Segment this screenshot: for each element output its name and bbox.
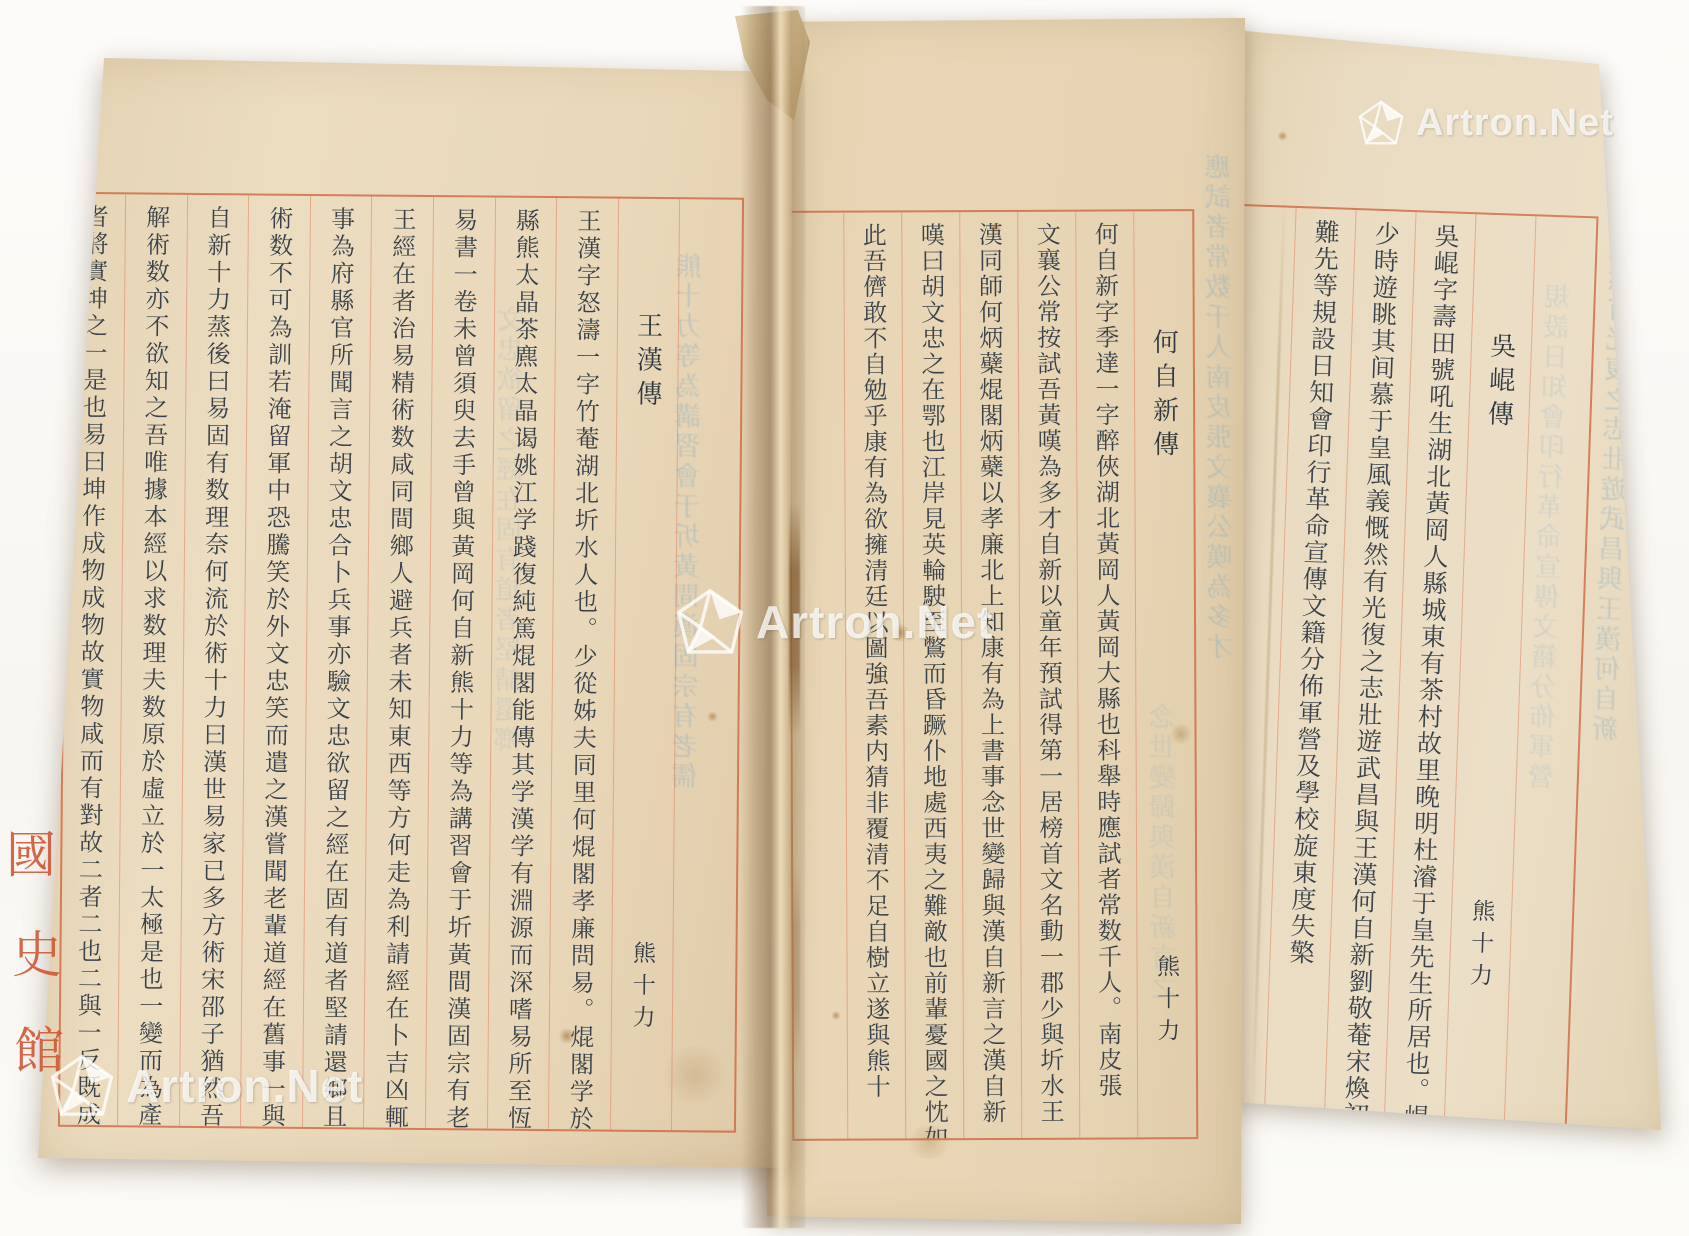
title-column: 王漢傳 熊十力 [611, 199, 681, 1131]
text-column: 嘆曰胡文忠之在鄂也江岸見英輪駛至鷩而昏蹶仆地處西夷之難敵也前輩憂國之忱如 [902, 212, 964, 1138]
paper-sheet: 熊十力等為講習會于圻黃間漢固宗有老儒 文忠欲留之經在固有道者堅請還鄉 王漢傳 熊… [30, 50, 796, 1175]
manuscript-page-wang-han: 熊十力等為講習會于圻黃間漢固宗有老儒 文忠欲留之經在固有道者堅請還鄉 王漢傳 熊… [30, 50, 796, 1175]
text-column: 術数不可為訓若淹留軍中恐騰笑於外文忠笑而遣之漢嘗聞老輩道經在舊事一與 [241, 195, 311, 1127]
text-column: 事為府縣官所聞言之胡文忠合卜兵事亦驗文忠欲留之經在固有道者堅請還鄉且曰 [303, 196, 373, 1128]
manuscript-page-wu-kun: 慨然有光復之志壯遊武昌與王漢何自新 規設日知會印行革命宣傳文籍分佈軍營 吳崐傳 … [1203, 22, 1673, 1147]
text-column: 何自新字季達一字醉俠湖北黃岡人黃岡大縣也科舉時應試者常数千人。南皮張 [1076, 211, 1138, 1137]
title-column: 何自新傳 熊十力 [1134, 211, 1196, 1137]
paper-sheet: 應試者常数千人南皮張文襄公嘆為多才 念世變歸與漢自新言之 何自新傳 熊十力 何自… [755, 14, 1250, 1229]
archive-stamp-char: 國 [6, 830, 56, 880]
text-column: 王漢字怒濤一字竹菴湖北圻水人也。少從姊夫同里何焜閣孝廉問易。焜閣学於同 [549, 198, 619, 1130]
text-column: 漢同師何炳蘗焜閣炳蘗以孝廉北上知康有為上書事念世變歸與漢自新言之漢自新 [960, 212, 1022, 1138]
ruled-frame: 吳崐傳 熊十力 吳崐字壽田號吼生湖北黃岡人縣城東有茶村故里晚明杜濬于皇先生所居也… [1207, 204, 1599, 1126]
author-signature: 熊十力 [1462, 898, 1498, 995]
text-column: 易書一卷未曾須臾去手曾與黃岡何自新熊十力等為講習會于圻黃間漢固宗有老儒 [426, 197, 496, 1129]
bleedthrough-column: 慨然有光復之志壯遊武昌與王漢何自新 [1588, 235, 1643, 746]
text-column: 自新十力蒸後曰易固有数理奈何流於術十力曰漢世易家已多方術宋邵子猶然吾不 [180, 195, 250, 1127]
text-column: 王經在者治易精術数咸同間鄉人避兵者未知東西等方何走為利請經在卜吉凶輒驗 [364, 196, 434, 1128]
manuscript-page-he-zixin: 應試者常数千人南皮張文襄公嘆為多才 念世變歸與漢自新言之 何自新傳 熊十力 何自… [755, 14, 1250, 1229]
manuscript-photograph: 慨然有光復之志壯遊武昌與王漢何自新 規設日知會印行革命宣傳文籍分佈軍營 吳崐傳 … [0, 0, 1689, 1236]
text-column: 者將實坤之一是也易曰坤作成物成物故實物咸而有對故二者二也二與一反既成乎 [56, 194, 126, 1126]
text-column: 縣熊太晶茶麃太晶谒姚江学踐復純篤焜閣能傳其学漢学有淵源而深嗜易所至恆持 [488, 198, 558, 1130]
paper-sheet: 慨然有光復之志壯遊武昌與王漢何自新 規設日知會印行革命宣傳文籍分佈軍營 吳崐傳 … [1203, 22, 1673, 1147]
author-signature: 熊十力 [1150, 954, 1183, 1050]
ruled-frame: 何自新傳 熊十力 何自新字季達一字醉俠湖北黃岡人黃岡大縣也科舉時應試者常数千人。… [788, 209, 1198, 1141]
archive-stamp-char: 史 [12, 930, 62, 980]
margin-column [672, 199, 742, 1131]
bleedthrough-column: 應試者常数千人南皮張文襄公嘆為多才 [1201, 153, 1240, 663]
author-signature: 熊十力 [625, 941, 659, 1037]
text-column: 文襄公常按試吾黃嘆為多才自新以童年預試得第一居榜首文名動一郡少與圻水王 [1018, 212, 1080, 1138]
text-column: 解術数亦不欲知之吾唯據本經以求数理夫数原於虛立於一太極是也一變而為產 [118, 194, 188, 1126]
ruled-frame: 王漢傳 熊十力 王漢字怒濤一字竹菴湖北圻水人也。少從姊夫同里何焜閣孝廉問易。焜閣… [58, 192, 744, 1133]
archive-stamp-char: 館 [14, 1026, 64, 1076]
text-column: 此吾儕敢不自勉乎康有為欲擁清廷以圖強吾素内猜非覆清不足自樹立遂與熊十 [844, 212, 906, 1138]
